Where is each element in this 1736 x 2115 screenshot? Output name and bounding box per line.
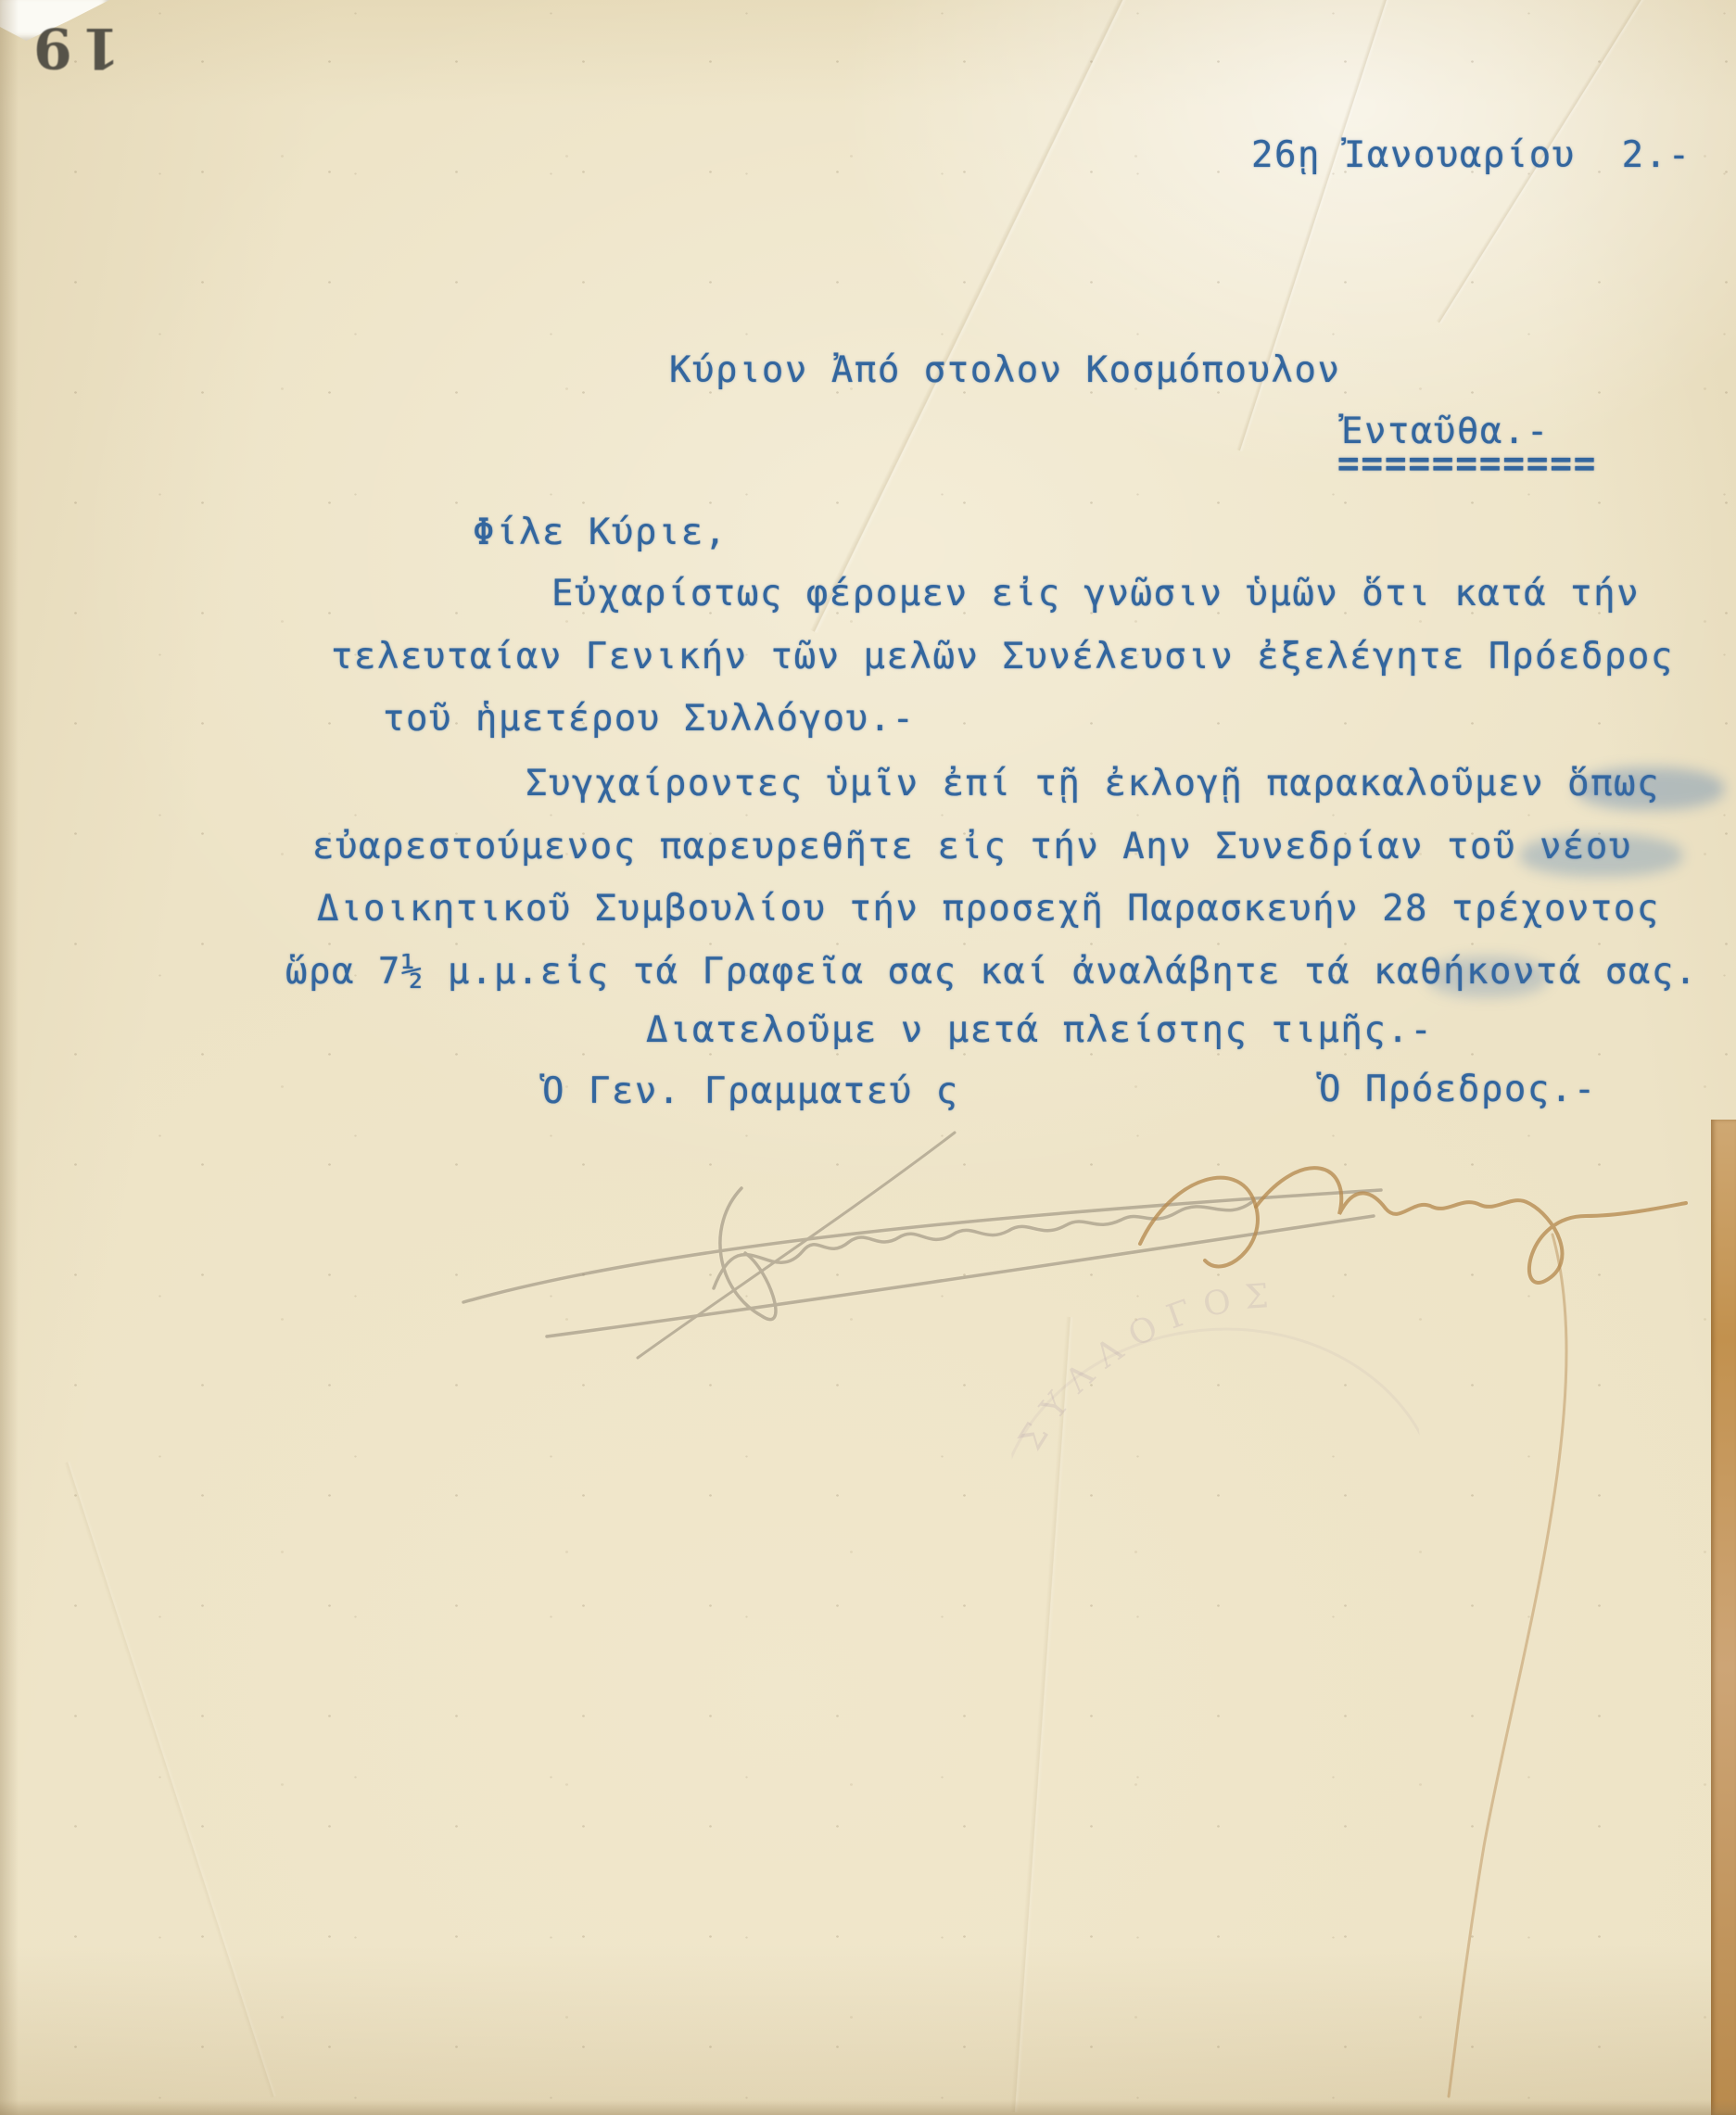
scanned-letter-page: 19 26ῃ Ἰανουαρίου 2.- Κύριον Ἀπό στολον … <box>0 0 1736 2115</box>
body-line: Συγχαίροντες ὑμῖν ἐπί τῇ ἐκλογῇ παρακαλο… <box>526 763 1660 804</box>
salutation: Φίλε Κύριε, <box>473 512 728 553</box>
body-line: τοῦ ἡμετέρου Συλλόγου.- <box>383 698 916 740</box>
president-signature <box>1117 1105 1715 2110</box>
page-left-shadow <box>0 0 19 2115</box>
body-line: Διοικητικοῦ Συμβουλίου τήν προσεχῆ Παρασ… <box>317 888 1660 930</box>
page-bottom-shadow <box>0 2100 1736 2115</box>
faint-round-stamp: ΣΥΛΛΟΓΟΣ <box>989 1194 1422 1494</box>
paper-shading <box>0 0 1736 2115</box>
body-line: εὐαρεστούμενος παρευρεθῆτε εἰς τήν Αην Σ… <box>312 826 1632 868</box>
body-line: τελευταίαν Γενικήν τῶν μελῶν Συνέλευσιν … <box>331 636 1674 678</box>
archive-number-stamp: 19 <box>24 15 120 80</box>
closing-line: Διατελοῦμε ν μετά πλείστης τιμῆς.- <box>646 1009 1433 1051</box>
body-line: ὥρα 7½ μ.μ.εἰς τά Γραφεῖα σας καί ἀναλάβ… <box>285 951 1698 993</box>
paper-crease <box>64 1461 277 2097</box>
paper-crease <box>1010 1317 1074 2113</box>
date-line: 26ῃ Ἰανουαρίου 2.- <box>1251 134 1692 176</box>
paper-speckles <box>0 0 1736 2115</box>
svg-text:ΣΥΛΛΟΓΟΣ: ΣΥΛΛΟΓΟΣ <box>998 1275 1297 1461</box>
location-underline: =========== <box>1337 443 1597 485</box>
paper-crease <box>810 0 1127 634</box>
secretary-title: Ὁ Γεν. Γραμματεύ ς <box>542 1070 959 1112</box>
secretary-signature <box>436 1103 1409 1372</box>
body-line: Εὐχαρίστως φέρομεν εἰς γνῶσιν ὑμῶν ὅτι κ… <box>551 573 1640 614</box>
president-title: Ὁ Πρόεδρος.- <box>1319 1069 1597 1110</box>
recipient-line: Κύριον Ἀπό στολον Κοσμόπουλον <box>669 349 1340 391</box>
adjacent-page-edge <box>1711 1120 1736 2115</box>
